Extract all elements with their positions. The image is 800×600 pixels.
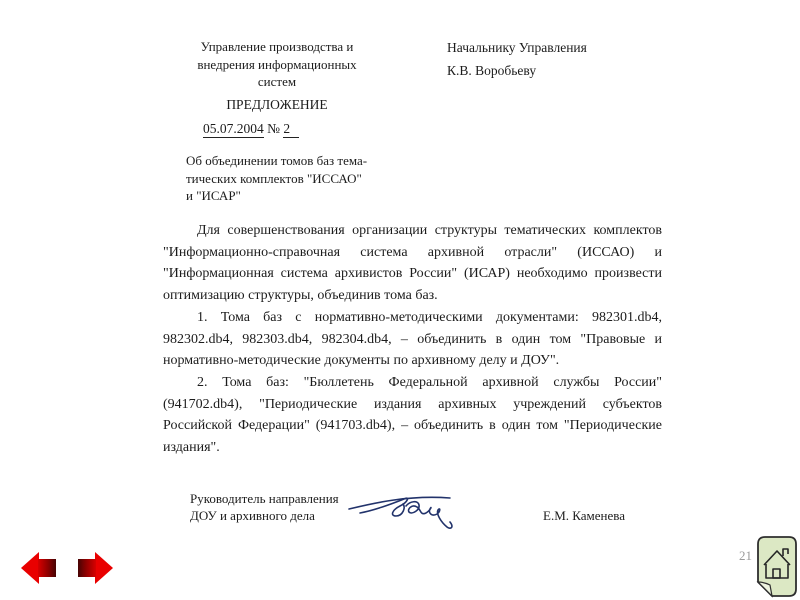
body-paragraph: 1. Тома баз с нормативно-методическими д… (163, 307, 662, 372)
arrow-right-icon (78, 551, 113, 585)
signatory-position: Руководитель направления ДОУ и архивного… (190, 490, 339, 524)
department-line: Управление производства и (178, 38, 376, 56)
document-author-department: Управление производства и внедрения инфо… (178, 38, 376, 91)
document-subject: Об объединении томов баз тема- тических … (186, 152, 367, 205)
signatory-position-line: Руководитель направления (190, 490, 339, 507)
document-title: ПРЕДЛОЖЕНИЕ (178, 97, 376, 113)
handwritten-signature (346, 486, 461, 534)
number-sign: № (267, 121, 280, 136)
document-body: Для совершенствования организации структ… (163, 220, 662, 459)
recipient-title: Начальнику Управления (447, 39, 587, 56)
document-recipient: Начальнику Управления К.В. Воробьеву (447, 39, 587, 79)
presentation-slide: Управление производства и внедрения инфо… (0, 0, 800, 600)
document-number: 2 (283, 121, 299, 138)
previous-slide-button[interactable] (21, 551, 56, 588)
home-icon (756, 536, 798, 598)
next-slide-button[interactable] (78, 551, 113, 588)
department-line: внедрения информационных (178, 56, 376, 74)
department-line: систем (178, 73, 376, 91)
subject-line: Об объединении томов баз тема- (186, 152, 367, 170)
body-paragraph: 2. Тома баз: "Бюллетень Федеральной архи… (163, 372, 662, 459)
document-date-number-line: 05.07.2004 № 2 (203, 121, 299, 137)
signatory-position-line: ДОУ и архивного дела (190, 507, 339, 524)
signatory-name: Е.М. Каменева (543, 508, 625, 524)
slide-page-number: 21 (722, 548, 752, 564)
subject-line: и "ИСАР" (186, 187, 367, 205)
home-button[interactable] (756, 536, 798, 600)
body-paragraph: Для совершенствования организации структ… (163, 220, 662, 307)
document-date: 05.07.2004 (203, 121, 264, 138)
arrow-left-icon (21, 551, 56, 585)
recipient-name: К.В. Воробьеву (447, 62, 587, 79)
subject-line: тических комплектов "ИССАО" (186, 170, 367, 188)
